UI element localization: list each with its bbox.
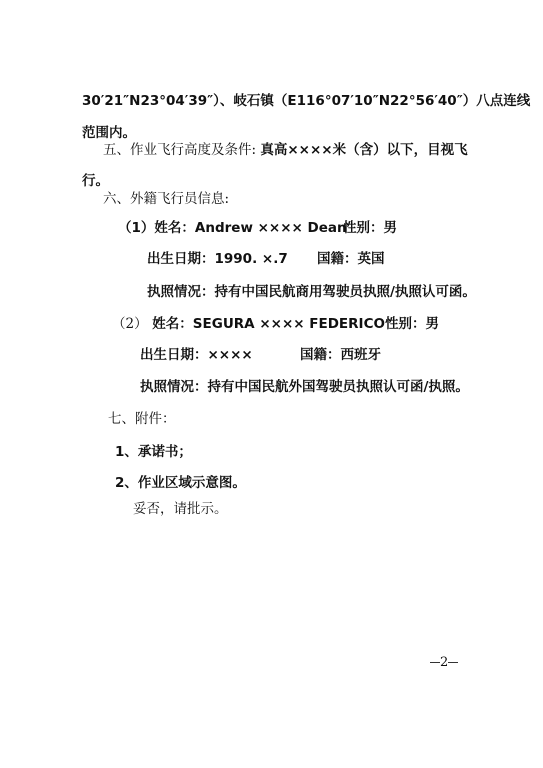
- coordinates-line: 30′21″N23°04′39″）、岐石镇（E116°07′10″N22°56′…: [82, 92, 530, 110]
- pilot-1-index: （1）: [118, 220, 154, 236]
- pilot-1-nationality: 国籍：英国: [317, 250, 385, 268]
- pilot-1-license: 执照情况：持有中国民航商用驾驶员执照/执照认可函。: [147, 283, 476, 301]
- section-5: 五、作业飞行高度及条件: 真高××××米（含）以下，目视飞: [103, 141, 468, 159]
- section-6-label: 六、外籍飞行员信息:: [103, 190, 229, 208]
- pilot-1-gender: 性别：男: [343, 219, 397, 237]
- section-5-cont: 行。: [82, 172, 109, 190]
- section-5-label: 五、作业飞行高度及条件:: [103, 142, 256, 158]
- pilot-1-dob: 出生日期：1990. ×.7: [147, 250, 288, 268]
- section-5-value: 真高××××米（含）以下，目视飞: [260, 142, 467, 158]
- pilot-2-name-row: （2） 姓名：SEGURA ×××× FEDERICO: [112, 315, 385, 333]
- section-7-label: 七、附件：: [108, 410, 176, 428]
- page-number: 2: [430, 655, 458, 670]
- attachment-1: 1、承诺书；: [115, 443, 192, 461]
- range-line: 范围内。: [82, 124, 136, 142]
- pilot-2-license: 执照情况：持有中国民航外国驾驶员执照认可函/执照。: [140, 378, 469, 396]
- pilot-2-name: 姓名：SEGURA ×××× FEDERICO: [152, 316, 385, 332]
- pilot-2-dob: 出生日期：××××: [140, 346, 253, 364]
- pilot-1-name-row: （1）姓名：Andrew ×××× Dean: [118, 219, 347, 237]
- pilot-2-index: （2）: [112, 316, 148, 332]
- pilot-2-nationality: 国籍：西班牙: [300, 346, 381, 364]
- pilot-1-name: 姓名：Andrew ×××× Dean: [154, 220, 346, 236]
- attachment-2: 2、作业区域示意图。: [115, 474, 246, 492]
- pilot-2-gender: 性别：男: [385, 315, 439, 333]
- closing-text: 妥否，请批示。: [133, 500, 228, 518]
